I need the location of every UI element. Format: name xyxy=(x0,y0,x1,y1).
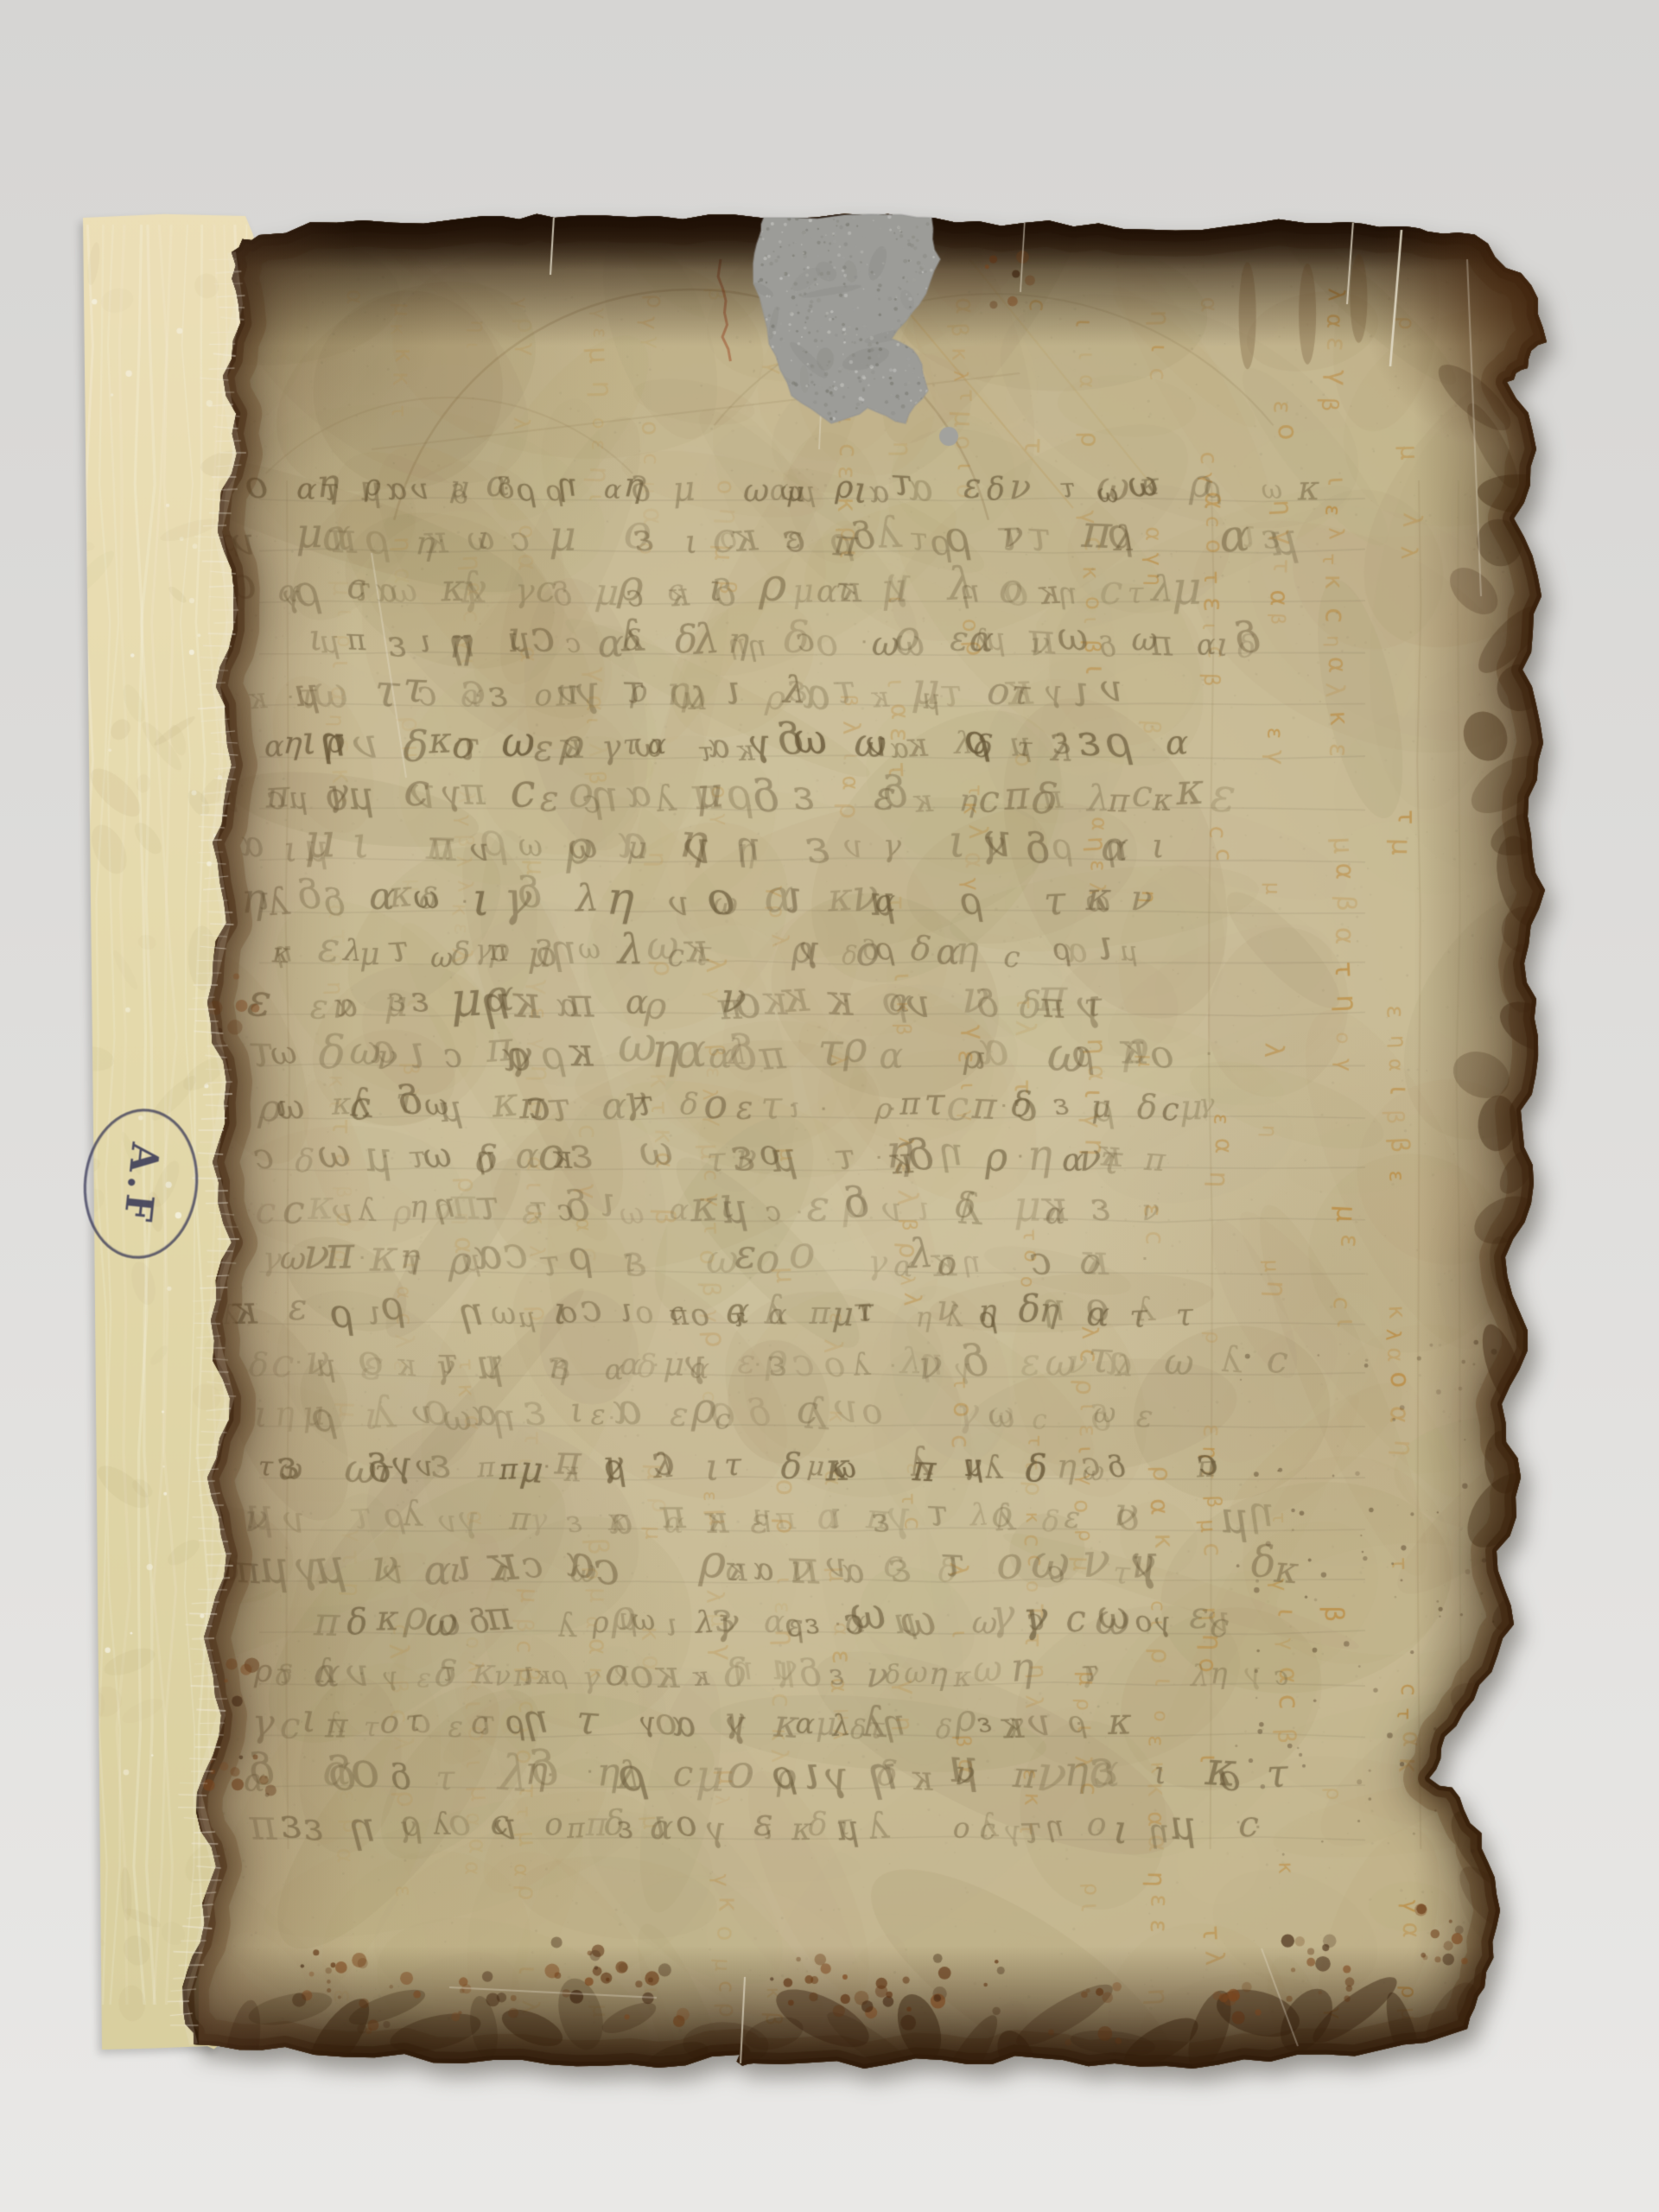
photograph: A.F xyxy=(0,0,1659,2212)
stamp-monogram: A.F xyxy=(115,1141,168,1228)
manuscript-leaf-render xyxy=(0,0,1659,2212)
